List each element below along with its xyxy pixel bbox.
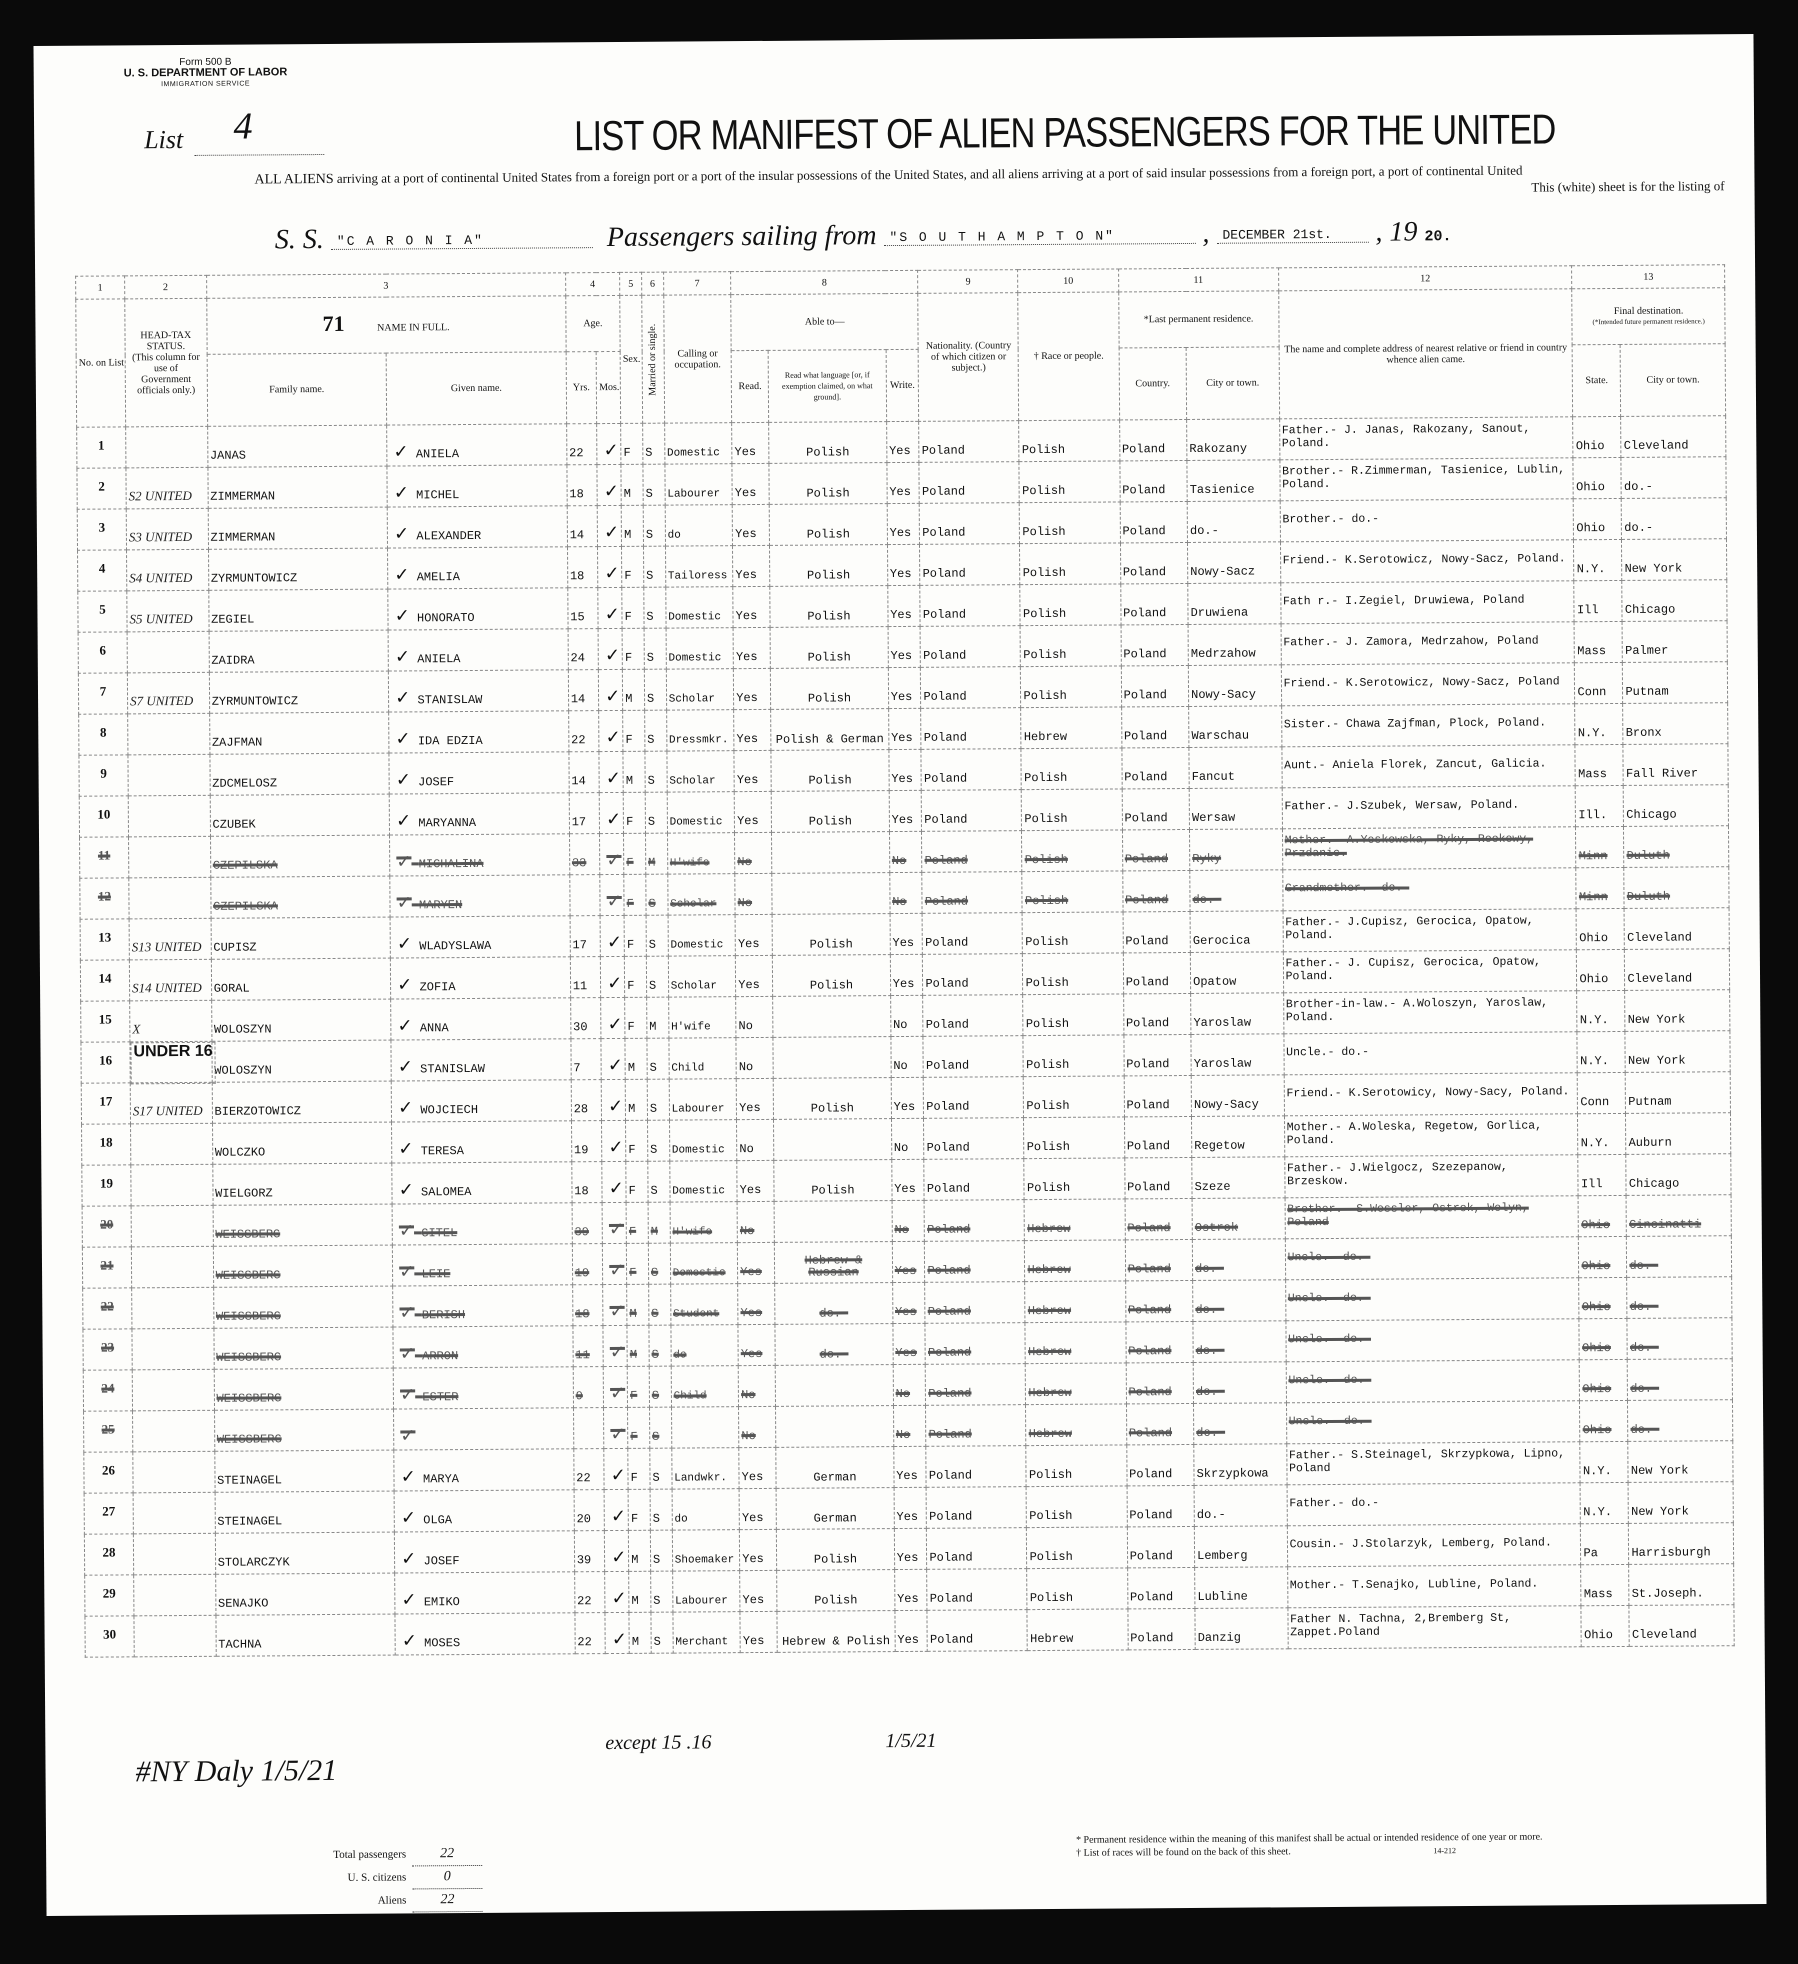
family-name: STOLARCZYK <box>215 1532 395 1574</box>
header-state: State. <box>1573 344 1621 416</box>
head-tax-status: S2 UNITED <box>126 467 208 509</box>
residence-city: Nowy-Sacy <box>1188 665 1281 707</box>
given-name: ✓ MICHEL <box>387 465 567 507</box>
checkmark-icon: ✓ <box>399 1302 414 1323</box>
col-num-8: 8 <box>731 270 918 294</box>
age-years: 14 <box>567 506 598 547</box>
can-write: No <box>893 1405 926 1446</box>
head-tax-status: S14 UNITED <box>129 959 211 1001</box>
given-name: ✓ ANIELA <box>388 629 568 671</box>
header-race: † Race or people. <box>1018 292 1119 421</box>
nearest-relative: Father.- J. Cupisz, Gerocica, Opatow, Po… <box>1283 950 1577 993</box>
sex: F <box>622 546 644 587</box>
destination-state: Minn <box>1576 867 1624 908</box>
residence-country: Poland <box>1121 624 1189 665</box>
sex: M <box>629 1530 651 1571</box>
age-months: ✓ <box>602 1120 626 1161</box>
given-name-text: AMELIA <box>417 570 460 584</box>
age-years: 19 <box>571 1121 602 1162</box>
nearest-relative: Cousin.- J.Stolarzyk, Lemberg, Poland. <box>1287 1524 1581 1567</box>
marital-status: S <box>648 1161 670 1202</box>
destination-city: do.- <box>1621 457 1726 499</box>
destination-state: N.Y. <box>1581 1482 1629 1523</box>
destination-city: do.- <box>1628 1359 1733 1401</box>
checkmark-icon: ✓ <box>396 851 411 872</box>
nearest-relative: Mother.- A.Yeskowska, Ryky, Rookewy, Prz… <box>1282 827 1576 870</box>
residence-country: Poland <box>1120 501 1188 542</box>
age-months: ✓ <box>597 464 621 505</box>
given-name: ✓ HONORATO <box>388 588 568 630</box>
checkmark-icon: ✓ <box>400 1425 415 1446</box>
residence-country: Poland <box>1120 460 1188 501</box>
age-months: ✓ <box>604 1407 628 1448</box>
can-read: Yes <box>732 422 769 463</box>
given-name: ✓ ANNA <box>391 998 571 1040</box>
row-number: 23 <box>83 1329 132 1370</box>
nearest-relative: Father N. Tachna, 2,Bremberg St, Zappet.… <box>1288 1606 1582 1649</box>
residence-city: Opatow <box>1190 952 1283 994</box>
row-number: 10 <box>79 796 128 837</box>
race: Hebrew <box>1025 1281 1125 1323</box>
can-write: Yes <box>889 790 922 831</box>
nearest-relative: Father.- J.Cupisz, Gerocica, Opatow, Pol… <box>1283 909 1577 952</box>
nationality: Poland <box>924 1159 1024 1201</box>
sex: F <box>627 1243 649 1284</box>
destination-city: Chicago <box>1622 580 1727 622</box>
checkmark-icon: ✓ <box>396 810 411 831</box>
residence-city: do.- <box>1190 870 1283 912</box>
occupation: Domestic <box>670 1243 738 1284</box>
total-passengers: Total passengers 22 <box>246 1843 482 1868</box>
age-months: ✓ <box>600 833 624 874</box>
head-tax-status <box>131 1164 213 1206</box>
destination-city: Duluth <box>1624 826 1729 868</box>
header-last-residence: *Last permanent residence. <box>1118 291 1278 348</box>
sex: M <box>629 1571 651 1612</box>
marital-status: S <box>644 628 666 669</box>
read-language <box>776 1406 894 1448</box>
row-number: 21 <box>82 1247 131 1288</box>
given-name-text: IDA EDZIA <box>418 734 483 748</box>
header-dest-city: City or town. <box>1620 344 1725 417</box>
race: Hebrew <box>1027 1609 1127 1651</box>
destination-state: Ill. <box>1576 785 1624 826</box>
age-years: 24 <box>568 629 599 670</box>
residence-country: Poland <box>1126 1403 1194 1444</box>
marital-status: S <box>644 587 666 628</box>
head-tax-status <box>133 1451 215 1493</box>
head-tax-status: S17 UNITED <box>130 1082 212 1124</box>
occupation: do <box>665 505 733 546</box>
checkmark-icon: ✓ <box>398 1056 413 1077</box>
given-name-text: SALOMEA <box>421 1185 472 1199</box>
row-number: 6 <box>78 632 127 673</box>
checkmark-icon: ✓ <box>399 1179 414 1200</box>
can-read: Yes <box>740 1529 777 1570</box>
residence-city: Lemberg <box>1194 1526 1287 1568</box>
col-num-7: 7 <box>663 272 731 295</box>
can-read: Yes <box>734 709 771 750</box>
can-write: Yes <box>895 1610 928 1651</box>
destination-city: Fall River <box>1623 744 1728 786</box>
marital-status: S <box>646 956 668 997</box>
head-tax-status <box>128 754 210 796</box>
head-tax-status <box>132 1369 214 1411</box>
given-name-text: WOJCIECH <box>420 1103 478 1117</box>
given-name: ✓ ALEXANDER <box>387 506 567 548</box>
occupation: Child <box>669 1038 737 1079</box>
nearest-relative: Father.- J. Janas, Rakozany, Sanout, Pol… <box>1279 417 1573 460</box>
given-name: ✓ AMELIA <box>388 547 568 589</box>
can-read: Yes <box>740 1570 777 1611</box>
family-name: WEISSBERG <box>214 1409 394 1451</box>
col-num-2: 2 <box>125 275 207 299</box>
list-field: List 4 <box>144 124 324 156</box>
family-name: WEISSBERG <box>213 1245 393 1287</box>
age-months: ✓ <box>599 751 623 792</box>
read-language <box>775 1365 893 1407</box>
row-number: 13 <box>80 919 129 960</box>
residence-city: Gerocica <box>1190 911 1283 953</box>
checkmark-icon: ✓ <box>398 1097 413 1118</box>
header-read: Read. <box>731 350 769 422</box>
destination-state: N.Y. <box>1577 990 1625 1031</box>
age-months: ✓ <box>603 1325 627 1366</box>
checkmark-icon: ✓ <box>606 768 621 789</box>
given-name: ✓ ARRON <box>393 1326 573 1368</box>
header-write: Write. <box>886 349 919 421</box>
nearest-relative: Father.- S.Steinagel, Skrzypkowa, Lipno,… <box>1286 1442 1580 1485</box>
read-language: German <box>776 1488 894 1530</box>
aliens-label: Aliens <box>246 1889 406 1913</box>
sex: M <box>623 751 645 792</box>
sex: F <box>623 710 645 751</box>
checkmark-icon: ✓ <box>393 441 408 462</box>
read-language: do.- <box>775 1324 893 1366</box>
row-number: 18 <box>82 1124 131 1165</box>
given-name-text: TERESA <box>421 1144 464 1158</box>
race: Polish <box>1021 666 1121 708</box>
aliens-value: 22 <box>412 1889 482 1912</box>
nationality: Poland <box>922 790 1022 832</box>
marital-status: S <box>645 710 667 751</box>
read-language <box>774 1201 892 1243</box>
total-passengers-value: 22 <box>412 1843 482 1866</box>
nationality: Poland <box>927 1569 1027 1611</box>
read-language: Polish <box>771 668 889 710</box>
sex: F <box>627 1366 649 1407</box>
residence-country: Poland <box>1125 1280 1193 1321</box>
can-read: Yes <box>738 1324 775 1365</box>
destination-city: Cleveland <box>1624 908 1729 950</box>
destination-city: Cincinatti <box>1626 1195 1731 1237</box>
row-number: 24 <box>83 1370 132 1411</box>
can-read: Yes <box>732 504 769 545</box>
race: Hebrew <box>1025 1322 1125 1364</box>
occupation: Student <box>670 1284 738 1325</box>
checkmark-icon: ✓ <box>603 440 618 461</box>
destination-city: do.- <box>1627 1236 1732 1278</box>
age-months: ✓ <box>605 1530 629 1571</box>
checkmark-icon: ✓ <box>394 523 409 544</box>
destination-state: Ohio <box>1577 949 1625 990</box>
nearest-relative: Uncle.- do.- <box>1285 1278 1579 1321</box>
age-years: 39 <box>572 1203 603 1244</box>
head-tax-status: UNDER 16 <box>130 1042 215 1085</box>
age-years: 22 <box>566 424 597 465</box>
read-language <box>772 832 890 874</box>
row-number: 25 <box>84 1411 133 1452</box>
can-read: No <box>737 1119 774 1160</box>
checkmark-icon: ✓ <box>396 769 411 790</box>
row-number: 15 <box>81 1001 130 1042</box>
residence-city: Ryky <box>1190 829 1283 871</box>
residence-city: Szeze <box>1192 1157 1285 1199</box>
destination-city: Cleveland <box>1621 416 1726 458</box>
age-months: ✓ <box>597 505 621 546</box>
destination-state: Pa <box>1581 1523 1629 1564</box>
marital-status: S <box>650 1489 672 1530</box>
residence-country: Poland <box>1120 583 1188 624</box>
head-tax-note: (This column for use of Government offic… <box>128 351 205 396</box>
race: Polish <box>1026 1445 1126 1487</box>
age-years <box>570 875 601 916</box>
marital-status: S <box>643 546 665 587</box>
head-tax-status <box>131 1246 213 1288</box>
can-read: Yes <box>732 463 769 504</box>
final-dest-note: (*Intended future permanent residence.) <box>1575 316 1723 328</box>
sex: M <box>625 1038 647 1079</box>
marital-status: S <box>650 1448 672 1489</box>
can-read: Yes <box>733 586 770 627</box>
sex: F <box>622 628 644 669</box>
department: U. S. DEPARTMENT OF LABOR <box>124 67 288 79</box>
given-name: ✓ EMIKO <box>395 1572 575 1614</box>
given-name-text: JOSEF <box>418 775 454 789</box>
given-name-text: MARYANNA <box>418 816 476 830</box>
ship-name: "C A R O N I A" <box>331 232 593 250</box>
marital-status: S <box>646 874 668 915</box>
checkmark-icon: ✓ <box>608 1055 623 1076</box>
family-name: ZIMMERMAN <box>208 507 388 549</box>
given-name: ✓ ESTER <box>393 1367 573 1409</box>
checkmark-icon: ✓ <box>607 973 622 994</box>
col-num-1: 1 <box>76 276 125 299</box>
age-years: 15 <box>568 588 599 629</box>
age-months: ✓ <box>604 1489 628 1530</box>
sex: M <box>627 1325 649 1366</box>
occupation: Domestic <box>669 1120 737 1161</box>
family-name: WEISSBERG <box>214 1327 394 1369</box>
checkmark-icon: ✓ <box>610 1342 625 1363</box>
residence-country: Poland <box>1124 1157 1192 1198</box>
occupation: Domestic <box>666 628 734 669</box>
occupation: Tailoress <box>665 546 733 587</box>
destination-city: Cleveland <box>1625 949 1730 991</box>
row-number: 3 <box>77 509 126 550</box>
occupation: Labourer <box>672 1571 740 1612</box>
given-name: ✓ MARYA <box>394 1449 574 1491</box>
age-months: ✓ <box>601 1079 625 1120</box>
destination-state: Minn <box>1576 826 1624 867</box>
destination-city: New York <box>1628 1482 1733 1524</box>
row-number: 4 <box>78 550 127 591</box>
can-write: Yes <box>893 1323 926 1364</box>
destination-state: N.Y. <box>1574 539 1622 580</box>
sex: F <box>628 1407 650 1448</box>
footnote-races-text: † List of races will be found on the bac… <box>1076 1846 1291 1858</box>
read-language: Polish <box>771 750 889 792</box>
destination-state: Ohio <box>1579 1236 1627 1277</box>
age-months: ✓ <box>598 628 622 669</box>
handwritten-inspector-note: #NY Daly 1/5/21 <box>135 1754 337 1789</box>
occupation <box>671 1407 739 1448</box>
nationality: Poland <box>924 1200 1024 1242</box>
can-write: No <box>893 1364 926 1405</box>
given-name-text: BERISH <box>422 1308 465 1322</box>
given-name: ✓ MARYEN <box>390 875 570 917</box>
nearest-relative: Brother.- do.- <box>1280 499 1574 542</box>
aliens: Aliens 22 <box>246 1889 482 1914</box>
nationality: Poland <box>921 749 1021 791</box>
nationality: Poland <box>927 1528 1027 1570</box>
nationality: Poland <box>920 585 1020 627</box>
sex: F <box>622 587 644 628</box>
marital-status: M <box>645 833 667 874</box>
checkmark-icon: ✓ <box>605 645 620 666</box>
destination-city: New York <box>1622 539 1727 581</box>
residence-city: Skrzypkowa <box>1194 1444 1287 1486</box>
nationality: Poland <box>921 667 1021 709</box>
residence-city: do.- <box>1187 501 1280 543</box>
header-read-what: Read what language [or, if exemption cla… <box>768 350 886 423</box>
can-read: Yes <box>737 1160 774 1201</box>
nearest-relative: Father.- J.Szubek, Wersaw, Poland. <box>1282 786 1576 829</box>
checkmark-icon: ✓ <box>401 1589 416 1610</box>
col-num-10: 10 <box>1018 269 1118 293</box>
sex: M <box>625 1079 647 1120</box>
destination-state: Mass <box>1575 744 1623 785</box>
read-language: Polish <box>770 586 888 628</box>
residence-country: Poland <box>1124 1034 1192 1075</box>
col-num-3: 3 <box>206 273 565 299</box>
can-read: Yes <box>733 627 770 668</box>
age-years: 22 <box>575 1613 606 1654</box>
given-name: ✓ IDA EDZIA <box>389 711 569 753</box>
occupation: Shoemaker <box>672 1530 740 1571</box>
intro-text: ALL ALIENS arriving at a port of contine… <box>254 160 1724 188</box>
total-passengers-label: Total passengers <box>246 1843 406 1867</box>
age-months: ✓ <box>599 669 623 710</box>
manifest-sheet: Form 500 B U. S. DEPARTMENT OF LABOR IMM… <box>33 34 1766 1916</box>
row-number: 16 <box>81 1042 130 1083</box>
form-code: 14-212 <box>1433 1846 1456 1855</box>
residence-country: Poland <box>1125 1239 1193 1280</box>
head-tax-status: S7 UNITED <box>127 672 209 714</box>
marital-status: S <box>647 1079 669 1120</box>
given-name-text: OLGA <box>423 1513 452 1527</box>
checkmark-icon: ✓ <box>610 1424 625 1445</box>
age-months: ✓ <box>603 1366 627 1407</box>
occupation: Domestic <box>668 915 736 956</box>
read-language <box>772 873 890 915</box>
row-number: 1 <box>77 427 126 468</box>
age-years <box>573 1408 604 1449</box>
given-name-text: WLADYSLAWA <box>419 939 491 954</box>
sailing-label: Passengers sailing from <box>607 220 877 253</box>
ship-prefix: S. S. <box>275 224 324 255</box>
nearest-relative: Fath r.- I.Zegiel, Druwiewa, Poland <box>1280 581 1574 624</box>
given-name-text: STANISLAW <box>420 1062 485 1076</box>
destination-state: Ohio <box>1580 1359 1628 1400</box>
marital-status: S <box>644 669 666 710</box>
given-name-text: MOSES <box>424 1636 460 1650</box>
age-years: 28 <box>571 1080 602 1121</box>
marital-status: S <box>645 792 667 833</box>
nationality: Poland <box>923 1036 1023 1078</box>
marital-status: S <box>649 1366 671 1407</box>
header-yrs: Yrs. <box>566 352 597 424</box>
age-months: ✓ <box>602 1202 626 1243</box>
checkmark-icon: ✓ <box>608 1137 623 1158</box>
can-write: No <box>892 1200 925 1241</box>
age-years: 20 <box>574 1490 605 1531</box>
residence-country: Poland <box>1120 542 1188 583</box>
sex: F <box>626 1120 648 1161</box>
read-language: Polish <box>777 1529 895 1571</box>
can-write: Yes <box>888 626 921 667</box>
head-tax-status <box>128 795 210 837</box>
head-tax-status: X <box>130 1000 212 1042</box>
can-write: No <box>890 995 923 1036</box>
row-number: 26 <box>84 1452 133 1493</box>
nationality: Poland <box>920 503 1020 545</box>
given-name: ✓ <box>394 1408 574 1450</box>
can-write: Yes <box>894 1569 927 1610</box>
read-language: do.- <box>775 1283 893 1325</box>
marital-status: S <box>650 1530 672 1571</box>
row-number: 20 <box>82 1206 131 1247</box>
nationality: Poland <box>922 872 1022 914</box>
checkmark-icon: ✓ <box>394 564 409 585</box>
race: Polish <box>1023 1035 1123 1077</box>
nationality: Poland <box>925 1323 1025 1365</box>
age-months: ✓ <box>603 1284 627 1325</box>
nearest-relative: Uncle.- do.- <box>1286 1401 1580 1444</box>
given-name: ✓ BERISH <box>393 1285 573 1327</box>
destination-state: Conn <box>1575 662 1623 703</box>
header-no-on-list: No. on List. <box>76 299 126 427</box>
header-final-destination: Final destination. (*Intended future per… <box>1572 288 1725 345</box>
given-name-text: HONORATO <box>417 611 475 625</box>
occupation: Domestic <box>667 792 735 833</box>
checkmark-icon: ✓ <box>397 1015 412 1036</box>
read-language: Polish <box>770 545 888 587</box>
can-write: No <box>891 1036 924 1077</box>
residence-country: Poland <box>1122 788 1190 829</box>
can-read: Yes <box>738 1283 775 1324</box>
can-read: No <box>736 1037 773 1078</box>
occupation: H'wife <box>668 997 736 1038</box>
can-read: Yes <box>740 1611 777 1652</box>
row-number: 11 <box>80 837 129 878</box>
occupation: do <box>672 1489 740 1530</box>
marital-status: S <box>651 1571 673 1612</box>
race: Polish <box>1023 994 1123 1036</box>
family-name: CZEPILSKA <box>210 835 390 877</box>
residence-country: Poland <box>1119 419 1187 460</box>
name-in-full-label: NAME IN FULL. <box>377 322 450 334</box>
